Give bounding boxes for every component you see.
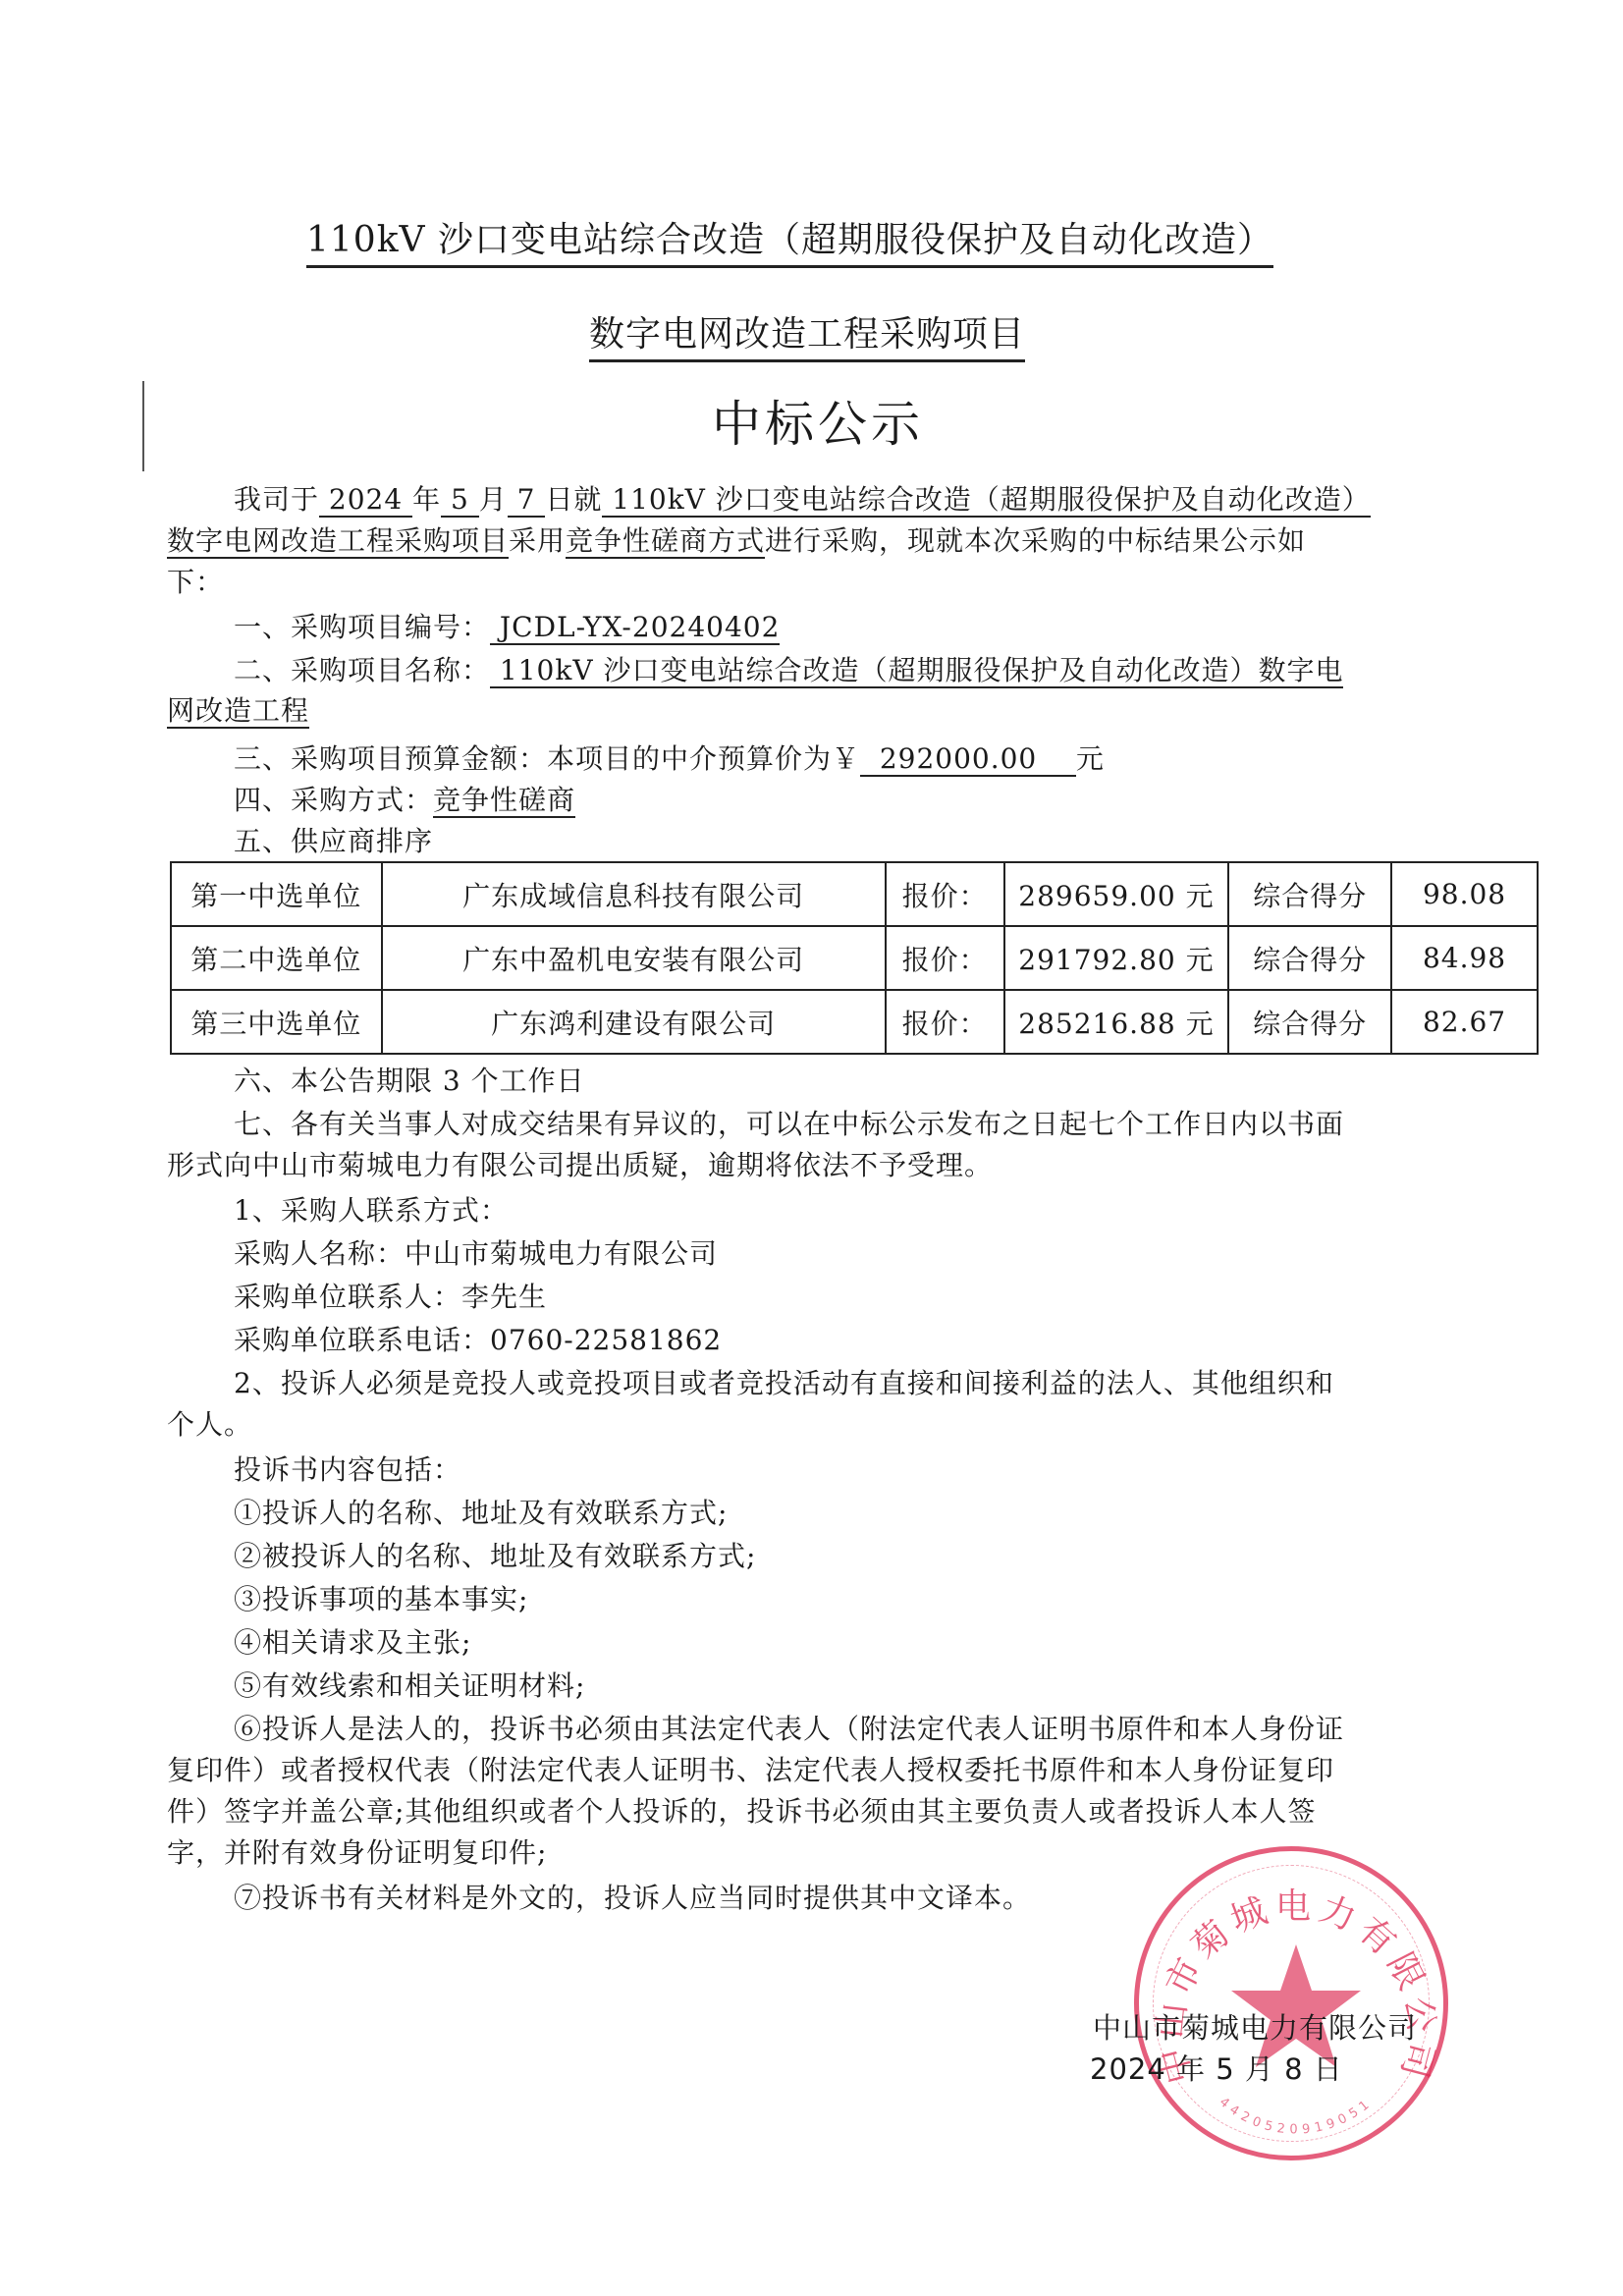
company-cell: 广东中盈机电安装有限公司 [382,926,886,990]
item-3-label: 三、采购项目预算金额：本项目的中介预算价为￥ [234,742,860,775]
price-cell: 285216.88 元 [1004,990,1229,1054]
svg-text:4420520919051: 4420520919051 [1217,2095,1376,2137]
complainant-line-1: 2、投诉人必须是竞投人或竞投项目或者竞投活动有直接和间接利益的法人、其他组织和 [234,1363,1334,1404]
item-2-value-line2: 网改造工程 [167,694,309,729]
item-1-label: 一、采购项目编号： [234,611,490,643]
complaint-item-1: ①投诉人的名称、地址及有效联系方式; [234,1493,728,1534]
complaint-item-2: ②被投诉人的名称、地址及有效联系方式; [234,1536,756,1577]
title-line-2: 数字电网改造工程采购项目 [589,312,1025,362]
company-seal: 中山市菊城电力有限公司 4420520919051 [1134,1846,1448,2160]
complainant-line-2: 个人。 [167,1404,252,1446]
signature-date: 2024 年 5 月 8 日 [1090,2050,1343,2089]
document-type-heading: 中标公示 [712,395,924,454]
complaint-item-4: ④相关请求及主张; [234,1622,471,1664]
item-4: 四、采购方式：竞争性磋商 [234,780,575,821]
complaint-item-6-line-1: ⑥投诉人是法人的，投诉书必须由其法定代表人（附法定代表人证明书原件和本人身份证 [234,1709,1344,1750]
purchaser-name: 采购人名称：中山市菊城电力有限公司 [234,1233,718,1275]
rank-cell: 第三中选单位 [171,990,382,1054]
complaint-content-heading: 投诉书内容包括： [234,1449,461,1491]
complaint-item-6-line-4: 字，并附有效身份证明复印件; [167,1832,547,1874]
title-line-1: 110kV 沙口变电站综合改造（超期服役保护及自动化改造） [306,218,1273,268]
complaint-item-7: ⑦投诉书有关材料是外文的，投诉人应当同时提供其中文译本。 [234,1878,1031,1919]
item-1-value: JCDL-YX-20240402 [490,611,780,645]
intro-project-part2: 数字电网改造工程采购项目 [167,524,509,559]
item-3-value: 292000.00 [860,742,1076,777]
intro-adopt: 采用 [509,524,566,557]
contact-person: 采购单位联系人：李先生 [234,1277,547,1318]
item-3-unit: 元 [1076,742,1105,775]
item-2-label: 二、采购项目名称： [234,654,490,686]
intro-year: 2024 [319,483,412,518]
item-5: 五、供应商排序 [234,821,433,862]
intro-rest: 进行采购，现就本次采购的中标结果公示如 [765,524,1306,557]
intro-line-3: 下： [167,562,224,603]
contact-phone: 采购单位联系电话：0760-22581862 [234,1320,722,1361]
price-label-cell: 报价： [886,926,1004,990]
rank-cell: 第二中选单位 [171,926,382,990]
intro-month-unit: 月 [479,483,508,516]
score-label-cell: 综合得分 [1228,862,1391,926]
complaint-item-6-line-3: 件）签字并盖公章;其他组织或者个人投诉的，投诉书必须由其主要负责人或者投诉人本人… [167,1791,1316,1832]
contact-heading: 1、采购人联系方式： [234,1190,509,1231]
item-2-value-line1: 110kV 沙口变电站综合改造（超期服役保护及自动化改造）数字电 [490,654,1343,688]
table-row: 第三中选单位 广东鸿利建设有限公司 报价： 285216.88 元 综合得分 8… [171,990,1538,1054]
intro-month: 5 [441,483,479,518]
rank-cell: 第一中选单位 [171,862,382,926]
company-cell: 广东成域信息科技有限公司 [382,862,886,926]
intro-year-unit: 年 [412,483,441,516]
supplier-ranking-table: 第一中选单位 广东成域信息科技有限公司 报价： 289659.00 元 综合得分… [170,861,1539,1055]
margin-line [142,381,144,471]
price-cell: 291792.80 元 [1004,926,1229,990]
item-2-cont: 网改造工程 [167,690,309,732]
intro-day: 7 [508,483,546,518]
intro-line-1: 我司于 2024 年 5 月 7 日就 110kV 沙口变电站综合改造（超期服役… [234,479,1371,520]
intro-prefix: 我司于 [234,483,319,516]
intro-day-unit: 日就 [545,483,602,516]
score-cell: 98.08 [1391,862,1538,926]
complaint-item-3: ③投诉事项的基本事实; [234,1579,528,1620]
signature-company: 中山市菊城电力有限公司 [1093,2008,1417,2048]
item-6: 六、本公告期限 3 个工作日 [234,1061,585,1102]
price-label-cell: 报价： [886,990,1004,1054]
intro-project-part1: 110kV 沙口变电站综合改造（超期服役保护及自动化改造） [602,483,1370,518]
price-label-cell: 报价： [886,862,1004,926]
complaint-item-5: ⑤有效线索和相关证明材料; [234,1666,585,1707]
price-cell: 289659.00 元 [1004,862,1229,926]
item-1: 一、采购项目编号： JCDL-YX-20240402 [234,607,780,648]
company-cell: 广东鸿利建设有限公司 [382,990,886,1054]
table-row: 第二中选单位 广东中盈机电安装有限公司 报价： 291792.80 元 综合得分… [171,926,1538,990]
score-label-cell: 综合得分 [1228,926,1391,990]
score-cell: 84.98 [1391,926,1538,990]
item-2: 二、采购项目名称： 110kV 沙口变电站综合改造（超期服役保护及自动化改造）数… [234,650,1343,691]
intro-method: 竞争性磋商方式 [566,524,765,559]
item-7-line-2: 形式向中山市菊城电力有限公司提出质疑，逾期将依法不予受理。 [167,1145,993,1186]
table-row: 第一中选单位 广东成域信息科技有限公司 报价： 289659.00 元 综合得分… [171,862,1538,926]
item-4-value: 竞争性磋商 [433,784,575,818]
item-7-line-1: 七、各有关当事人对成交结果有异议的，可以在中标公示发布之日起七个工作日内以书面 [234,1104,1344,1145]
item-3: 三、采购项目预算金额：本项目的中介预算价为￥ 292000.00 元 [234,738,1105,780]
score-cell: 82.67 [1391,990,1538,1054]
item-4-label: 四、采购方式： [234,784,433,816]
complaint-item-6-line-2: 复印件）或者授权代表（附法定代表人证明书、法定代表人授权委托书原件和本人身份证复… [167,1750,1334,1791]
score-label-cell: 综合得分 [1228,990,1391,1054]
intro-line-2: 数字电网改造工程采购项目采用竞争性磋商方式进行采购，现就本次采购的中标结果公示如 [167,520,1306,562]
